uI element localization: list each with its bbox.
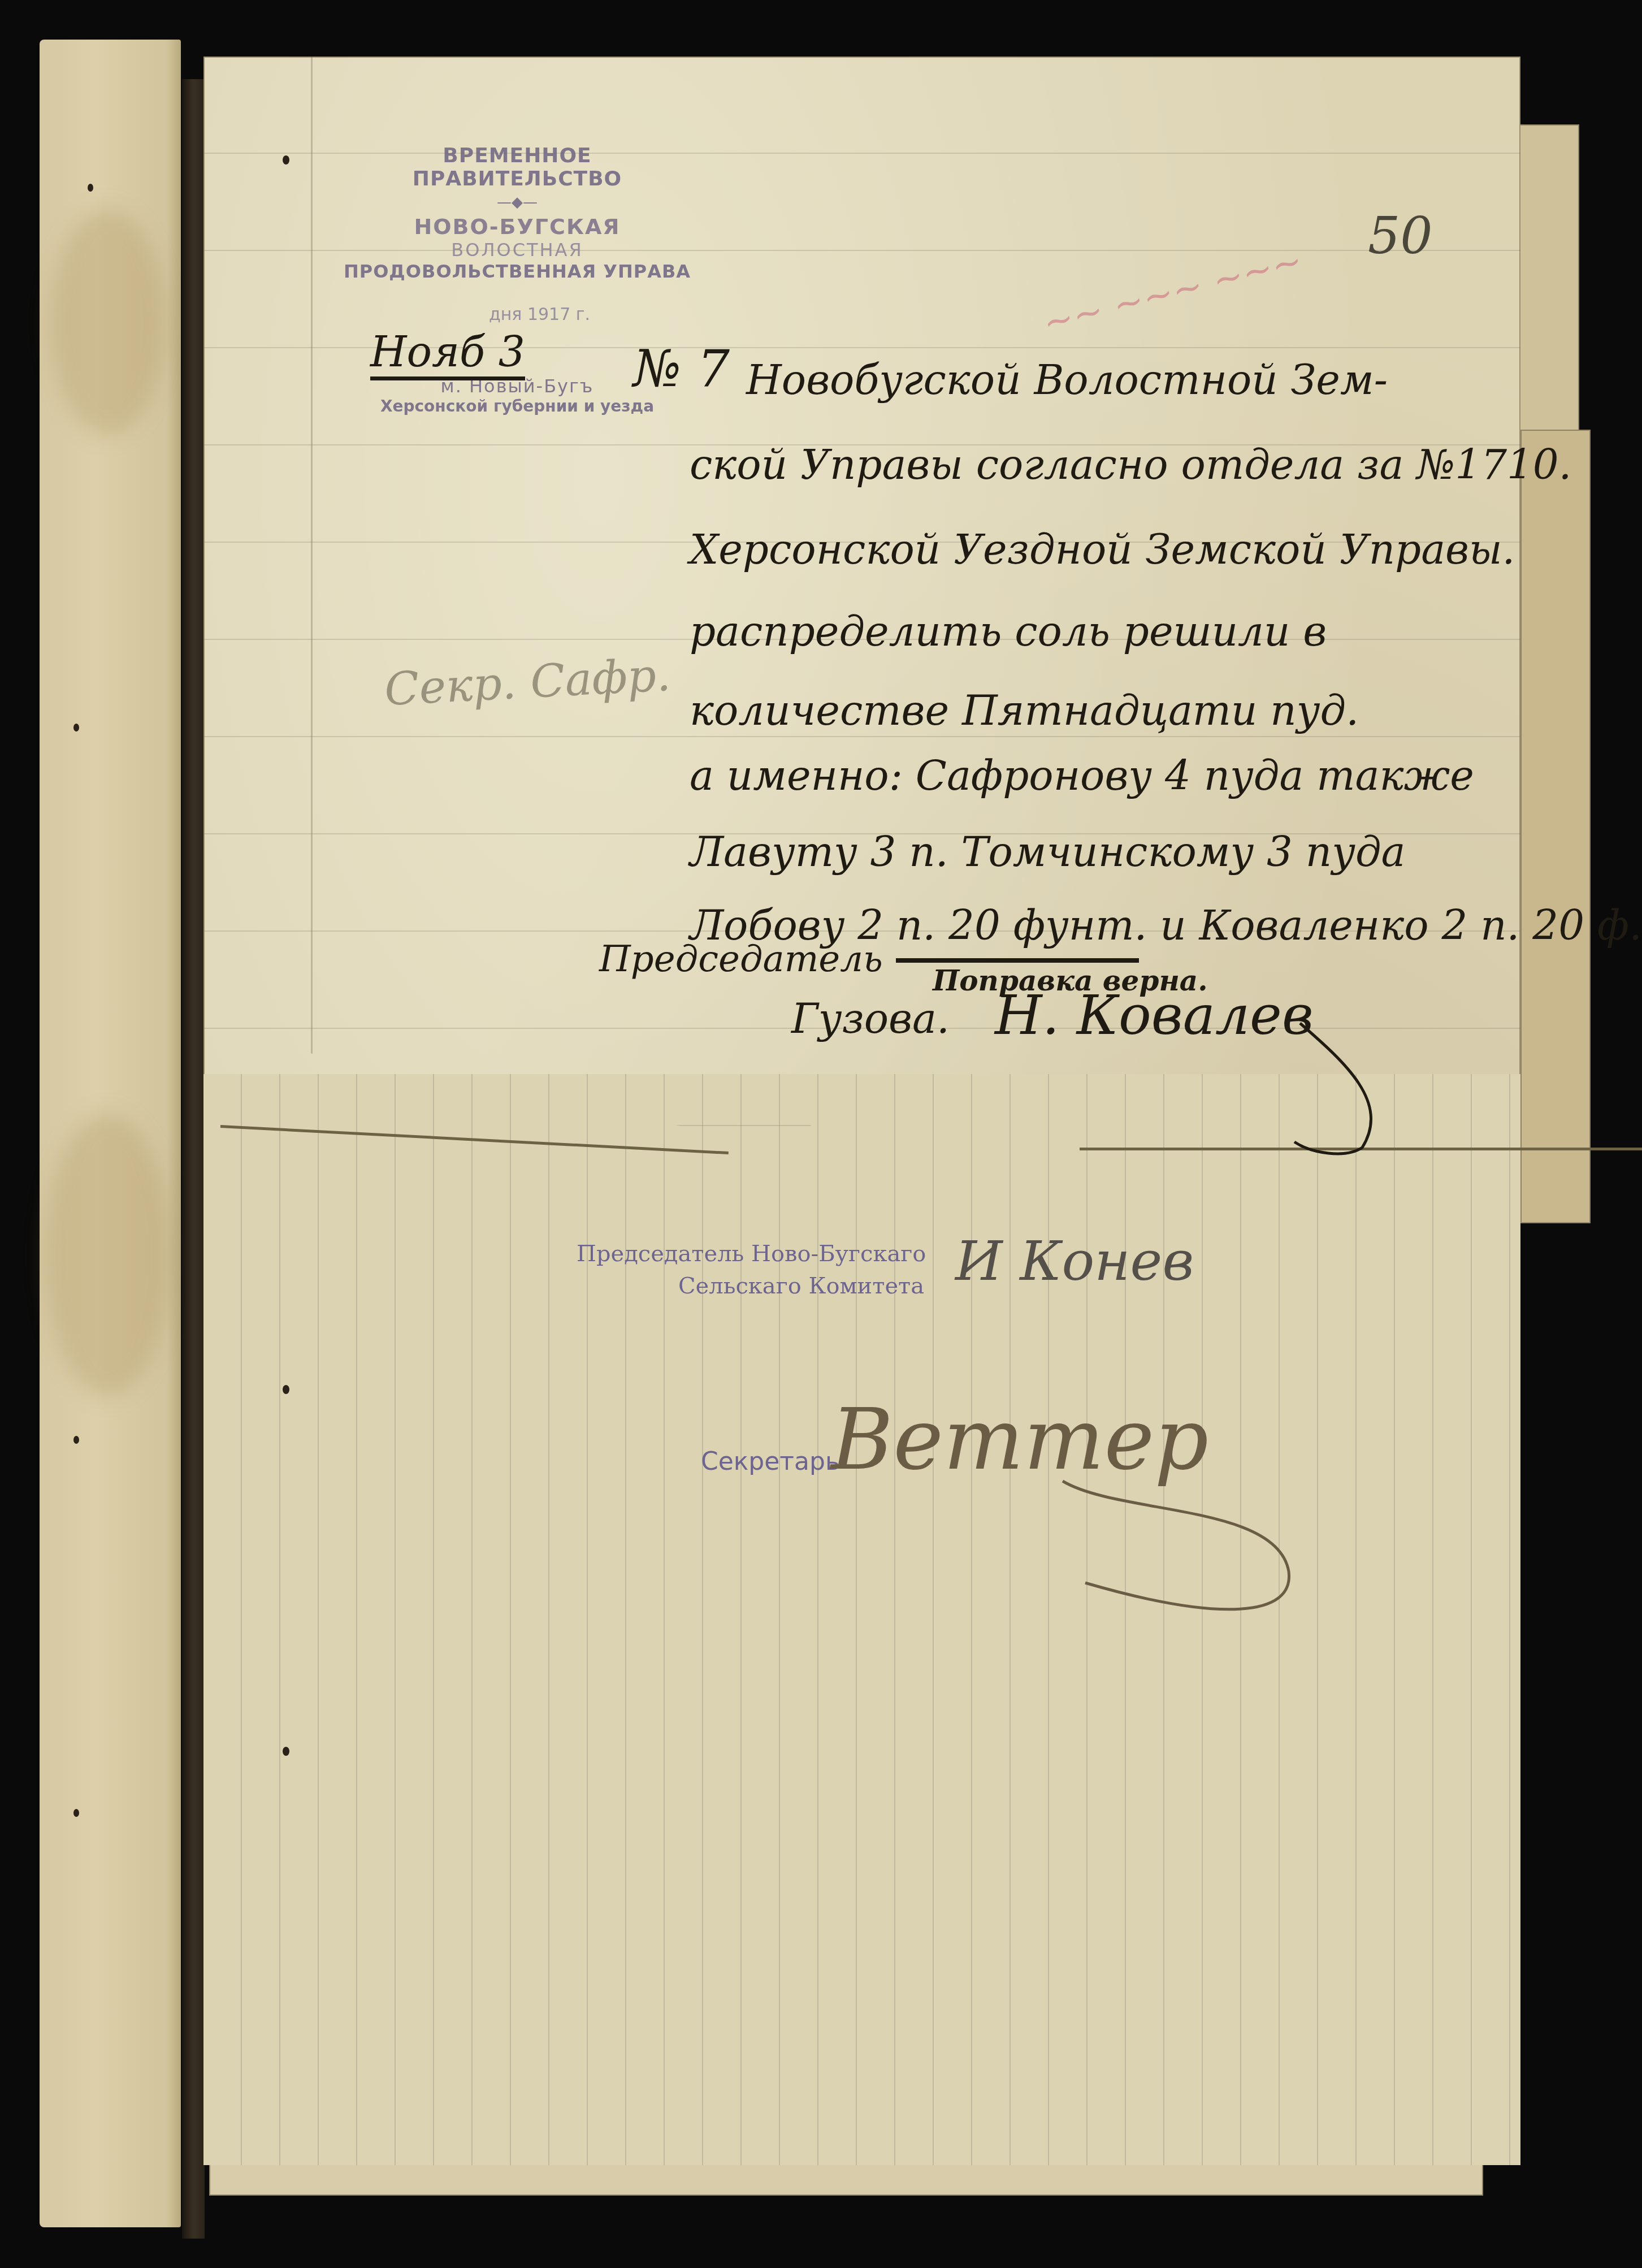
stamp-ornament: —◆— <box>342 194 692 211</box>
chairman-stamp-line2: Сельскаго Комитета <box>678 1273 924 1299</box>
binding-hole <box>283 1385 289 1394</box>
stamp-line1: ВРЕМЕННОЕ ПРАВИТЕЛЬСТВО <box>342 144 692 191</box>
chairman-title: Председатель <box>599 938 883 980</box>
folio-number: 50 <box>1368 206 1433 266</box>
stamp-line4: ПРОДОВОЛЬСТВЕННАЯ УПРАВА <box>342 261 692 282</box>
stamp-region: Херсонской губернии и уезда <box>342 397 692 415</box>
lower-ruled-sheet: Председатель Ново-Бугскаго Сельскаго Ком… <box>203 1074 1520 2165</box>
secretary-stamp: Секретарь <box>701 1447 840 1476</box>
body-line: Новобугской Волостной Зем- <box>746 356 1388 404</box>
stamp-line3: ВОЛОСТНАЯ <box>342 239 692 261</box>
margin-rule <box>311 57 313 1131</box>
reference-number: № 7 <box>633 339 730 399</box>
signatory-2: Н. Ковалев <box>995 984 1314 1047</box>
document-page: Председатель Ново-Бугскаго Сельскаго Ком… <box>203 57 1520 2165</box>
binding-hole <box>88 184 93 192</box>
chairman-signature: И Конев <box>955 1230 1194 1293</box>
stamp-line2: НОВО-БУГСКАЯ <box>342 214 692 239</box>
stamp-date: дня 1917 г. <box>342 305 692 324</box>
binding-hole <box>73 724 79 732</box>
binding-spine <box>182 79 205 2239</box>
signatory-1: Гузова. <box>791 995 950 1042</box>
secretary-signature-flourish <box>1051 1470 1334 1639</box>
scan-background: Председатель Ново-Бугскаго Сельскаго Ком… <box>0 0 1642 2268</box>
water-stain <box>45 1114 170 1396</box>
signature-flourish <box>1277 1018 1402 1165</box>
binding-hole <box>73 1436 79 1444</box>
reference-label: Нояб 3 <box>370 328 525 380</box>
body-line: Лавуту 3 п. Томчинскому 3 пуда <box>690 828 1406 876</box>
body-line: количестве Пятнадцати пуд. <box>690 687 1359 734</box>
body-line: а именно: Сафронову 4 пуда также <box>690 752 1474 799</box>
binding-hole <box>283 1747 289 1756</box>
body-line: Херсонской Уездной Земской Управы. <box>690 526 1515 573</box>
water-stain <box>51 209 164 435</box>
body-line: распределить соль решили в <box>690 608 1327 655</box>
stacked-sheet-edge <box>1520 430 1591 1223</box>
chairman-stamp-line1: Председатель Ново-Бугскаго <box>577 1241 926 1267</box>
left-adjacent-page <box>40 40 181 2227</box>
body-line: ской Управы согласно отдела за №1710. <box>690 441 1571 488</box>
binding-hole <box>283 155 289 165</box>
underline <box>896 958 1139 963</box>
binding-hole <box>73 1809 79 1817</box>
